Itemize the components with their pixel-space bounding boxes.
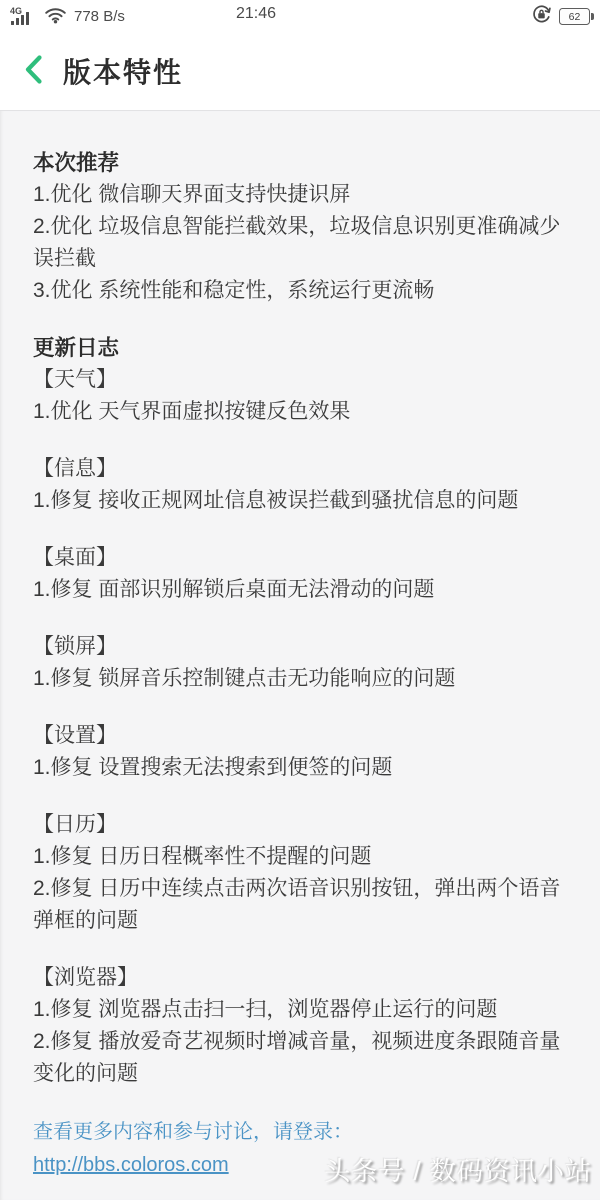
back-button[interactable] xyxy=(23,54,44,88)
footer: 查看更多内容和参与讨论，请登录： http://bbs.coloros.com xyxy=(33,1116,567,1182)
changelog-group-settings: 【设置】 1.修复 设置搜索无法搜索到便签的问题 xyxy=(33,720,567,784)
signal-strength-icon: 4G xyxy=(10,7,37,27)
changelog-group-calendar: 【日历】 1.修复 日历日程概率性不提醒的问题 2.修复 日历中连续点击两次语音… xyxy=(33,809,567,937)
group-name: 【天气】 xyxy=(33,364,567,396)
recommend-title: 本次推荐 xyxy=(33,147,567,179)
signal-bars-icon xyxy=(11,12,29,25)
status-bar-left: 4G 778 B/s xyxy=(10,6,125,28)
list-item: 1.优化 微信聊天界面支持快捷识屏 xyxy=(33,179,567,211)
footer-prompt: 查看更多内容和参与讨论，请登录： xyxy=(33,1116,567,1149)
phone-screen: 4G 778 B/s 21:46 xyxy=(0,0,600,1200)
group-name: 【桌面】 xyxy=(33,542,567,574)
group-name: 【日历】 xyxy=(33,809,567,841)
clock-label: 21:46 xyxy=(236,5,276,23)
page-title: 版本特性 xyxy=(63,51,183,91)
list-item: 1.修复 浏览器点击扫一扫，浏览器停止运行的问题 xyxy=(33,994,567,1026)
app-header: 版本特性 xyxy=(0,31,600,110)
forum-link[interactable]: http://bbs.coloros.com xyxy=(33,1149,229,1182)
battery-icon: 62 xyxy=(559,8,590,25)
changelog-group-lockscreen: 【锁屏】 1.修复 锁屏音乐控制键点击无功能响应的问题 xyxy=(33,631,567,695)
list-item: 2.修复 日历中连续点击两次语音识别按钮，弹出两个语音弹框的问题 xyxy=(33,873,567,937)
list-item: 1.修复 面部识别解锁后桌面无法滑动的问题 xyxy=(33,574,567,606)
group-name: 【信息】 xyxy=(33,453,567,485)
list-item: 1.修复 日历日程概率性不提醒的问题 xyxy=(33,841,567,873)
back-chevron-icon xyxy=(23,54,44,88)
changelog-group-messages: 【信息】 1.修复 接收正规网址信息被误拦截到骚扰信息的问题 xyxy=(33,453,567,517)
rotation-lock-icon xyxy=(531,4,552,29)
list-item: 1.优化 天气界面虚拟按键反色效果 xyxy=(33,396,567,428)
changelog-group-browser: 【浏览器】 1.修复 浏览器点击扫一扫，浏览器停止运行的问题 2.修复 播放爱奇… xyxy=(33,962,567,1090)
list-item: 1.修复 设置搜索无法搜索到便签的问题 xyxy=(33,752,567,784)
group-name: 【锁屏】 xyxy=(33,631,567,663)
group-name: 【设置】 xyxy=(33,720,567,752)
group-name: 【浏览器】 xyxy=(33,962,567,994)
status-bar: 4G 778 B/s 21:46 xyxy=(0,0,600,31)
wifi-icon xyxy=(44,6,67,28)
status-bar-right: 62 xyxy=(531,4,590,29)
list-item: 1.修复 锁屏音乐控制键点击无功能响应的问题 xyxy=(33,663,567,695)
changelog-title: 更新日志 xyxy=(33,332,567,364)
list-item: 2.修复 播放爱奇艺视频时增减音量，视频进度条跟随音量变化的问题 xyxy=(33,1026,567,1090)
list-item: 2.优化 垃圾信息智能拦截效果，垃圾信息识别更准确减少误拦截 xyxy=(33,211,567,275)
release-notes-content: 本次推荐 1.优化 微信聊天界面支持快捷识屏 2.优化 垃圾信息智能拦截效果，垃… xyxy=(0,111,600,1200)
changelog-group-weather: 【天气】 1.优化 天气界面虚拟按键反色效果 xyxy=(33,364,567,428)
changelog-group-launcher: 【桌面】 1.修复 面部识别解锁后桌面无法滑动的问题 xyxy=(33,542,567,606)
changelog-section: 更新日志 【天气】 1.优化 天气界面虚拟按键反色效果 【信息】 1.修复 接收… xyxy=(33,332,567,1090)
list-item: 1.修复 接收正规网址信息被误拦截到骚扰信息的问题 xyxy=(33,485,567,517)
list-item: 3.优化 系统性能和稳定性，系统运行更流畅 xyxy=(33,275,567,307)
battery-level-label: 62 xyxy=(569,11,581,23)
network-speed-label: 778 B/s xyxy=(74,8,125,25)
recommend-section: 本次推荐 1.优化 微信聊天界面支持快捷识屏 2.优化 垃圾信息智能拦截效果，垃… xyxy=(33,147,567,307)
